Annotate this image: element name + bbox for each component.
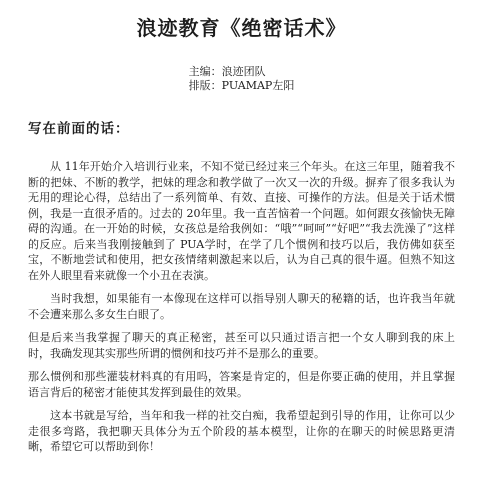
paragraph: 这本书就是写给，当年和我一样的社交白痴，我希望起到引导的作用，让你可以少走很多弯…	[28, 408, 455, 455]
paragraph: 当时我想，如果能有一本像现在这样可以指导别人聊天的秘籍的话，也许我当年就不会遭来…	[28, 291, 455, 322]
paragraph: 那么惯例和那些灌装材料真的有用吗，答案是肯定的，但是你要正确的使用，并且掌握语言…	[28, 369, 455, 400]
credit-editor-line: 主编：浪迹团队	[189, 65, 295, 79]
document-title: 浪迹教育《绝密话术》	[28, 14, 455, 42]
section-heading: 写在前面的话：	[28, 120, 455, 138]
credit-layout-line: 排版：PUAMAP左阳	[189, 79, 295, 93]
preface-body: 从 11年开始介入培训行业来，不知不觉已经过来三个年头。在这三年里，随着我不断的…	[28, 159, 455, 455]
paragraph: 从 11年开始介入培训行业来，不知不觉已经过来三个年头。在这三年里，随着我不断的…	[28, 159, 455, 283]
document-page: 浪迹教育《绝密话术》 主编：浪迹团队 排版：PUAMAP左阳 写在前面的话： 从…	[0, 0, 481, 490]
credits-block: 主编：浪迹团队 排版：PUAMAP左阳	[189, 65, 295, 93]
paragraph: 但是后来当我掌握了聊天的真正秘密，甚至可以只通过语言把一个女人聊到我的床上时，我…	[28, 330, 455, 361]
